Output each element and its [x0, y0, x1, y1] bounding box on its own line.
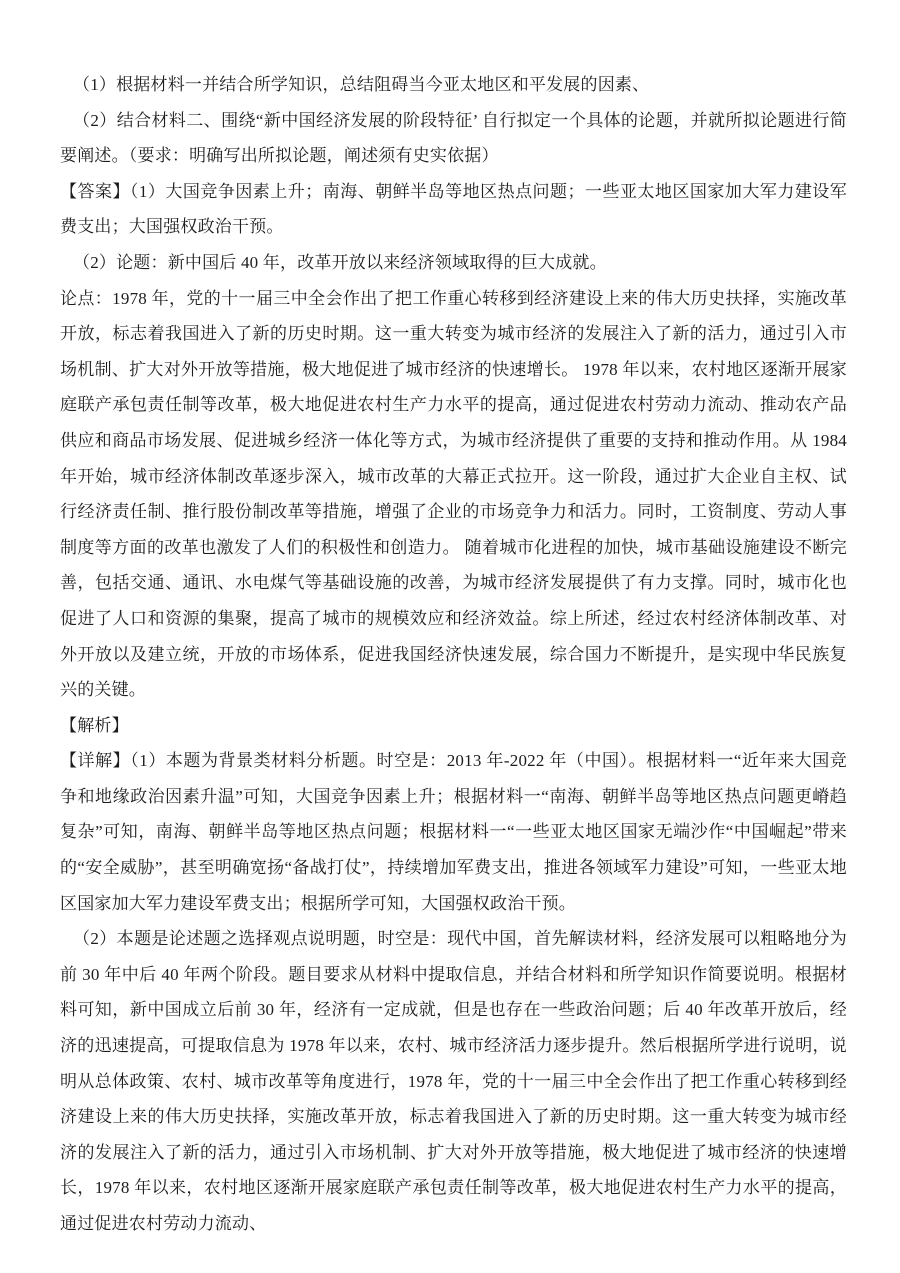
answer-part-1: 【答案】（1）大国竞争因素上升；南海、朝鲜半岛等地区热点问题；一些亚太地区国家加…: [60, 174, 847, 245]
analysis-label: 【解析】: [60, 708, 847, 744]
detail-explanation-part-1: 【详解】（1）本题为背景类材料分析题。时空是：2013 年-2022 年（中国）…: [60, 743, 847, 921]
question-part-2: （2）结合材料二、围绕“新中国经济发展的阶段特征’ 自行拟定一个具体的论题，并就…: [60, 103, 847, 174]
detail-explanation-part-2: （2）本题是论述题之选择观点说明题，时空是：现代中国，首先解读材料，经济发展可以…: [60, 921, 847, 1241]
question-part-1: （1）根据材料一并结合所学知识，总结阻碍当今亚太地区和平发展的因素、: [60, 67, 847, 103]
document-page: （1）根据材料一并结合所学知识，总结阻碍当今亚太地区和平发展的因素、 （2）结合…: [0, 0, 900, 1273]
answer-part-2-topic: （2）论题：新中国后 40 年，改革开放以来经济领域取得的巨大成就。: [60, 245, 847, 281]
document-text-block: （1）根据材料一并结合所学知识，总结阻碍当今亚太地区和平发展的因素、 （2）结合…: [60, 67, 847, 1242]
answer-thesis-body: 论点：1978 年，党的十一届三中全会作出了把工作重心转移到经济建设上来的伟大历…: [60, 281, 847, 708]
